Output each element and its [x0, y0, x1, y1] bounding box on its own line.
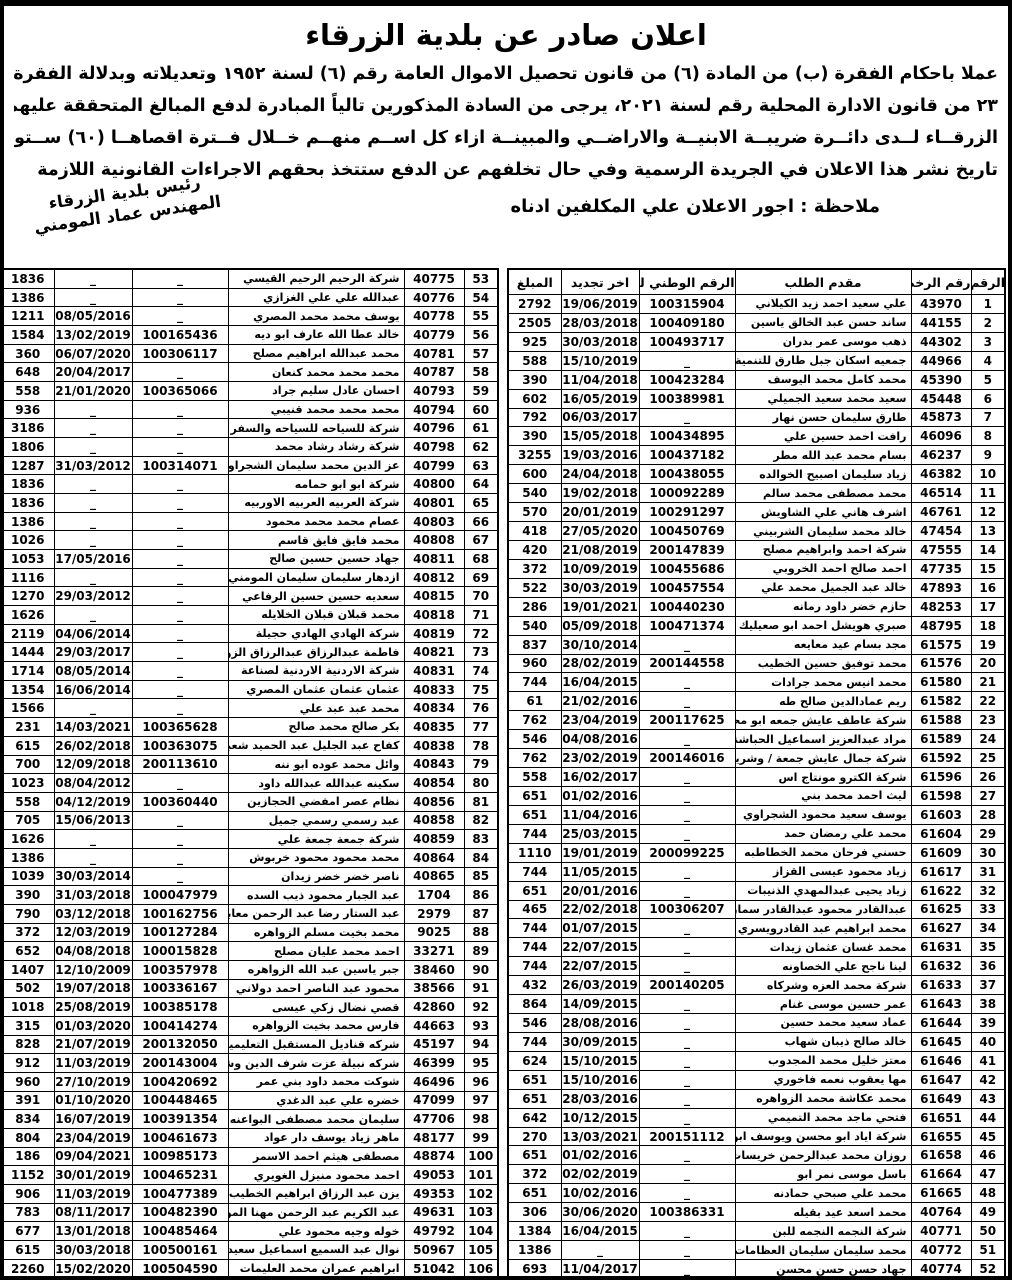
- license-cell: 40812: [404, 568, 464, 587]
- renewal-date-cell: 19/06/2019: [561, 295, 639, 314]
- row-number-cell: 91: [464, 979, 498, 998]
- renewal-date-cell: 20/04/2017: [54, 363, 132, 382]
- applicant-cell: احمد صالح احمد الخروبي: [735, 559, 911, 578]
- license-cell: 38460: [404, 960, 464, 979]
- renewal-date-cell: 20/01/2016: [561, 881, 639, 900]
- table-row: 8340859شركة جمعة جمعة علي__1626: [1, 830, 498, 849]
- amount-cell: 1053: [1, 550, 54, 569]
- license-cell: 40772: [911, 1241, 971, 1260]
- license-cell: 40835: [404, 718, 464, 737]
- renewal-date-cell: 14/09/2015: [561, 995, 639, 1014]
- amount-cell: 432: [508, 976, 561, 995]
- national-id-cell: _: [132, 606, 228, 625]
- renewal-date-cell: 21/02/2016: [561, 692, 639, 711]
- table-row: 7640834محمد عبد عبد علي__1566: [1, 699, 498, 718]
- row-number-cell: 100: [464, 1147, 498, 1166]
- row-number-cell: 40: [971, 1032, 1005, 1051]
- applicant-cell: عبد الجبار محمود ذيب السده: [228, 886, 404, 905]
- license-cell: 46496: [404, 1072, 464, 1091]
- applicant-cell: شركة جمعة جمعة علي: [228, 830, 404, 849]
- row-number-cell: 99: [464, 1128, 498, 1147]
- renewal-date-cell: 27/10/2019: [54, 1072, 132, 1091]
- amount-cell: 602: [508, 389, 561, 408]
- applicant-cell: محمد محمد محمد قنيبي: [228, 400, 404, 419]
- renewal-date-cell: 21/01/2020: [54, 382, 132, 401]
- table-row: 444966جمعيه اسكان جبل طارق للتنمية الاجت…: [508, 351, 1005, 370]
- renewal-date-cell: 08/05/2016: [54, 307, 132, 326]
- applicant-cell: شركة الهادي الهادي حجيلة: [228, 624, 404, 643]
- announcement-page: اعلان صادر عن بلدية الزرقاء عملا باحكام …: [0, 0, 1012, 1280]
- national-id-cell: _: [639, 1089, 735, 1108]
- national-id-cell: 200151112: [639, 1127, 735, 1146]
- amount-cell: 783: [1, 1203, 54, 1222]
- renewal-date-cell: 19/01/2019: [561, 843, 639, 862]
- table-row: 3661632لينا ناجح علي الخصاونه_22/07/2015…: [508, 957, 1005, 976]
- amount-cell: 705: [1, 811, 54, 830]
- renewal-date-cell: 13/03/2021: [561, 1127, 639, 1146]
- license-cell: 61651: [911, 1108, 971, 1127]
- national-id-cell: 100357978: [132, 960, 228, 979]
- amount-cell: 744: [508, 919, 561, 938]
- applicant-cell: محمد محمود محمود خربوش: [228, 848, 404, 867]
- table-row: 8140856نظام عصر امفضي الحجازين1003604400…: [1, 792, 498, 811]
- renewal-date-cell: _: [54, 848, 132, 867]
- applicant-cell: عز الدين محمد سليمان الشجراوى: [228, 456, 404, 475]
- license-cell: 61644: [911, 1014, 971, 1033]
- row-number-cell: 23: [971, 711, 1005, 730]
- renewal-date-cell: 29/03/2017: [54, 643, 132, 662]
- row-number-cell: 41: [971, 1051, 1005, 1070]
- renewal-date-cell: 08/04/2012: [54, 774, 132, 793]
- row-number-cell: 27: [971, 786, 1005, 805]
- license-cell: 40854: [404, 774, 464, 793]
- row-number-cell: 82: [464, 811, 498, 830]
- renewal-date-cell: 05/09/2018: [561, 616, 639, 635]
- renewal-date-cell: _: [54, 438, 132, 457]
- tables-area: الرقم رقم الرخصه مقدم الطلب الرقم الوطني…: [6, 268, 1006, 1274]
- header-row: الرقم رقم الرخصه مقدم الطلب الرقم الوطني…: [508, 269, 1005, 295]
- applicant-cell: محمد غسان عثمان زيدات: [735, 938, 911, 957]
- renewal-date-cell: 30/03/2018: [561, 332, 639, 351]
- row-number-cell: 35: [971, 938, 1005, 957]
- renewal-date-cell: 30/06/2020: [561, 1203, 639, 1222]
- applicant-cell: شركة احمد وابراهيم مصلح: [735, 540, 911, 559]
- applicant-cell: رافت احمد حسين علي: [735, 427, 911, 446]
- renewal-date-cell: 01/07/2015: [561, 919, 639, 938]
- renewal-date-cell: _: [54, 475, 132, 494]
- table-row: 2961604محمد علي رمضان حمد_25/03/2015744: [508, 824, 1005, 843]
- renewal-date-cell: _: [54, 494, 132, 513]
- row-number-cell: 52: [971, 1260, 1005, 1279]
- national-id-cell: _: [132, 531, 228, 550]
- national-id-cell: _: [639, 805, 735, 824]
- row-number-cell: 15: [971, 559, 1005, 578]
- table-row: 5640779خالد عطا الله عارف ابو ديه1001654…: [1, 326, 498, 345]
- amount-cell: 390: [508, 370, 561, 389]
- applicant-cell: محمد مصطفى محمد سالم: [735, 484, 911, 503]
- license-cell: 48795: [911, 616, 971, 635]
- license-cell: 40811: [404, 550, 464, 569]
- row-number-cell: 94: [464, 1035, 498, 1054]
- license-cell: 40774: [911, 1260, 971, 1279]
- license-cell: 2979: [404, 904, 464, 923]
- renewal-date-cell: 10/02/2016: [561, 1184, 639, 1203]
- amount-cell: 906: [1, 1184, 54, 1203]
- national-id-cell: _: [639, 351, 735, 370]
- applicant-cell: خضره علي عبد الدغدي: [228, 1091, 404, 1110]
- applicant-cell: خالد عبد الجميل محمد علي: [735, 578, 911, 597]
- national-id-cell: _: [132, 475, 228, 494]
- amount-cell: 588: [508, 351, 561, 370]
- row-number-cell: 31: [971, 862, 1005, 881]
- national-id-cell: 100306207: [639, 900, 735, 919]
- table-row: 1447555شركة احمد وابراهيم مصلح2001478392…: [508, 540, 1005, 559]
- license-cell: 61646: [911, 1051, 971, 1070]
- table-row: 6840811جهاد حسين حسين صالح_17/05/2016105…: [1, 550, 498, 569]
- renewal-date-cell: _: [54, 512, 132, 531]
- amount-cell: 1386: [508, 1241, 561, 1260]
- license-cell: 61658: [911, 1146, 971, 1165]
- table-row: 5540778يوسف محمد محمد المصري_08/05/20161…: [1, 307, 498, 326]
- renewal-date-cell: 28/03/2018: [561, 313, 639, 332]
- license-cell: 40793: [404, 382, 464, 401]
- national-id-cell: 100363075: [132, 736, 228, 755]
- row-number-cell: 62: [464, 438, 498, 457]
- amount-cell: 1386: [1, 288, 54, 307]
- table-row: 7740835بكر صالح محمد صالح10036562814/03/…: [1, 718, 498, 737]
- amount-cell: 1386: [1, 512, 54, 531]
- amount-cell: 693: [508, 1260, 561, 1279]
- national-id-cell: 100365066: [132, 382, 228, 401]
- amount-cell: 546: [508, 1014, 561, 1033]
- amount-cell: 651: [508, 1184, 561, 1203]
- renewal-date-cell: _: [561, 1241, 639, 1260]
- license-cell: 40771: [911, 1222, 971, 1241]
- row-number-cell: 21: [971, 673, 1005, 692]
- license-cell: 40798: [404, 438, 464, 457]
- table-row: 4161646معتز خليل محمد المجدوب_15/10/2015…: [508, 1051, 1005, 1070]
- national-id-cell: 100092289: [639, 484, 735, 503]
- license-cell: 40775: [404, 269, 464, 288]
- row-number-cell: 10: [971, 465, 1005, 484]
- amount-cell: 372: [508, 559, 561, 578]
- license-cell: 44155: [911, 313, 971, 332]
- applicant-cell: سعديه حسين حسين الرفاعي: [228, 587, 404, 606]
- table-row: 10651042ابراهيم عمران محمد العليمات10050…: [1, 1259, 498, 1279]
- table-row: 5840787محمد محمد محمد كنعان_20/04/201764…: [1, 363, 498, 382]
- national-id-cell: _: [639, 786, 735, 805]
- national-id-cell: _: [639, 824, 735, 843]
- renewal-date-cell: 15/10/2019: [561, 351, 639, 370]
- amount-cell: 1836: [1, 494, 54, 513]
- renewal-date-cell: 25/08/2019: [54, 998, 132, 1017]
- national-id-cell: 100365628: [132, 718, 228, 737]
- national-id-cell: _: [132, 643, 228, 662]
- row-number-cell: 65: [464, 494, 498, 513]
- renewal-date-cell: 13/02/2019: [54, 326, 132, 345]
- national-id-cell: _: [639, 1032, 735, 1051]
- body-line-3: الزرقــاء لــدى دائــرة ضريبــة الابنيــ…: [14, 122, 998, 154]
- row-number-cell: 53: [464, 269, 498, 288]
- applicant-cell: خالد محمد سليمان الشربيني: [735, 522, 911, 541]
- row-number-cell: 49: [971, 1203, 1005, 1222]
- applicant-cell: عبدالله علي علي الغزازي: [228, 288, 404, 307]
- national-id-cell: _: [132, 269, 228, 288]
- row-number-cell: 76: [464, 699, 498, 718]
- national-id-cell: _: [639, 1260, 735, 1279]
- renewal-date-cell: 30/03/2019: [561, 578, 639, 597]
- amount-cell: 652: [1, 942, 54, 961]
- applicant-cell: ماهر زياد يوسف دار عواد: [228, 1128, 404, 1147]
- row-number-cell: 26: [971, 768, 1005, 787]
- row-number-cell: 105: [464, 1240, 498, 1259]
- table-row: 3761633شركة محمد العزه وشركاه20014020526…: [508, 976, 1005, 995]
- amount-cell: 1152: [1, 1166, 54, 1185]
- applicant-cell: محمد كامل محمد اليوسف: [735, 370, 911, 389]
- renewal-date-cell: 15/05/2018: [561, 427, 639, 446]
- renewal-date-cell: 03/12/2018: [54, 904, 132, 923]
- national-id-cell: 100162756: [132, 904, 228, 923]
- amount-cell: 834: [1, 1110, 54, 1129]
- national-id-cell: _: [132, 438, 228, 457]
- amount-cell: 390: [508, 427, 561, 446]
- table-row: 861704عبد الجبار محمود ذيب السده10004797…: [1, 886, 498, 905]
- license-cell: 40779: [404, 326, 464, 345]
- license-cell: 40803: [404, 512, 464, 531]
- col-header-amount: المبلغ: [508, 269, 561, 295]
- national-id-cell: _: [132, 400, 228, 419]
- amount-cell: 1836: [1, 269, 54, 288]
- body-line-2: ٢٣ من قانون الادارة المحلية رقم لسنة ٢٠٢…: [14, 90, 998, 122]
- row-number-cell: 37: [971, 976, 1005, 995]
- national-id-cell: 100420692: [132, 1072, 228, 1091]
- license-cell: 44966: [911, 351, 971, 370]
- amount-cell: 1806: [1, 438, 54, 457]
- table-row: 6440800شركة ابو ابو حمامه__1836: [1, 475, 498, 494]
- table-row: 1647893خالد عبد الجميل محمد علي100457554…: [508, 578, 1005, 597]
- amount-cell: 2792: [508, 295, 561, 314]
- row-number-cell: 102: [464, 1184, 498, 1203]
- amount-cell: 651: [508, 1070, 561, 1089]
- national-id-cell: _: [639, 408, 735, 427]
- applicant-cell: يوسف محمد محمد المصري: [228, 307, 404, 326]
- table-row: 5740781محمد عبدالله ابراهيم مصلح10030611…: [1, 344, 498, 363]
- license-cell: 61580: [911, 673, 971, 692]
- amount-cell: 1566: [1, 699, 54, 718]
- national-id-cell: _: [132, 494, 228, 513]
- table-row: 6140796شركة للسياحه للسياحه والسفر__3186: [1, 419, 498, 438]
- license-cell: 40781: [404, 344, 464, 363]
- table-row: 1547735احمد صالح احمد الخروبي10045568610…: [508, 559, 1005, 578]
- national-id-cell: _: [639, 1014, 735, 1033]
- table-row: 7040815سعديه حسين حسين الرفاعي_29/03/201…: [1, 587, 498, 606]
- applicant-cell: سعيد محمد سعيد الجميلي: [735, 389, 911, 408]
- license-cell: 61633: [911, 976, 971, 995]
- table-row: 9948177ماهر زياد يوسف دار عواد1004616732…: [1, 1128, 498, 1147]
- amount-cell: 651: [508, 1089, 561, 1108]
- renewal-date-cell: 22/02/2018: [561, 900, 639, 919]
- amount-cell: 1116: [1, 568, 54, 587]
- row-number-cell: 71: [464, 606, 498, 625]
- amount-cell: 744: [508, 824, 561, 843]
- row-number-cell: 79: [464, 755, 498, 774]
- table-row: 6340799عز الدين محمد سليمان الشجراوى1003…: [1, 456, 498, 475]
- table-row: 3061609حسني فرحان محمد الخطاطبه200099225…: [508, 843, 1005, 862]
- applicant-cell: ساند حسن عبد الخالق ياسين: [735, 313, 911, 332]
- applicant-cell: ريم عمادالدين صالح طه: [735, 692, 911, 711]
- amount-cell: 372: [1, 923, 54, 942]
- renewal-date-cell: 15/02/2020: [54, 1259, 132, 1279]
- applicant-cell: احمد محمود منيزل الغويري: [228, 1166, 404, 1185]
- row-number-cell: 2: [971, 313, 1005, 332]
- amount-cell: 61: [508, 692, 561, 711]
- renewal-date-cell: 15/10/2016: [561, 1070, 639, 1089]
- renewal-date-cell: 11/04/2018: [561, 370, 639, 389]
- applicant-cell: مصطفى هيثم احمد الاسمر: [228, 1147, 404, 1166]
- row-number-cell: 97: [464, 1091, 498, 1110]
- national-id-cell: _: [639, 862, 735, 881]
- amount-cell: 1018: [1, 998, 54, 1017]
- amount-cell: 558: [1, 792, 54, 811]
- table-row: 7440831شركة الاردنية الاردنية لصناعة_08/…: [1, 662, 498, 681]
- table-row: 4761664باسل موسى نمر ابو_02/02/2019372: [508, 1165, 1005, 1184]
- national-id-cell: 200117625: [639, 711, 735, 730]
- national-id-cell: 100471374: [639, 616, 735, 635]
- table-row: 9445197شركه قناديل المستقبل التعليميه200…: [1, 1035, 498, 1054]
- national-id-cell: 100438055: [639, 465, 735, 484]
- amount-cell: 1110: [508, 843, 561, 862]
- table-row: 545390محمد كامل محمد اليوسف10042328411/0…: [508, 370, 1005, 389]
- license-cell: 46761: [911, 503, 971, 522]
- row-number-cell: 88: [464, 923, 498, 942]
- row-number-cell: 6: [971, 389, 1005, 408]
- license-cell: 61576: [911, 654, 971, 673]
- national-id-cell: _: [132, 848, 228, 867]
- applicant-cell: محمد علي صبحي حمادنه: [735, 1184, 911, 1203]
- renewal-date-cell: 22/07/2015: [561, 957, 639, 976]
- amount-cell: 1287: [1, 456, 54, 475]
- license-cell: 45390: [911, 370, 971, 389]
- amount-cell: 864: [508, 995, 561, 1014]
- license-cell: 61632: [911, 957, 971, 976]
- row-number-cell: 98: [464, 1110, 498, 1129]
- amount-cell: 1584: [1, 326, 54, 345]
- table-row: 4261647مها يعقوب نعمه فاخوري_15/10/20166…: [508, 1070, 1005, 1089]
- row-number-cell: 3: [971, 332, 1005, 351]
- amount-cell: 390: [1, 886, 54, 905]
- license-cell: 61647: [911, 1070, 971, 1089]
- renewal-date-cell: 19/07/2018: [54, 979, 132, 998]
- table-row: 6540801شركة العربيه العربيه الاوربيه__18…: [1, 494, 498, 513]
- amount-cell: 1836: [1, 475, 54, 494]
- row-number-cell: 61: [464, 419, 498, 438]
- renewal-date-cell: 14/03/2021: [54, 718, 132, 737]
- amount-cell: 1039: [1, 867, 54, 886]
- applicant-cell: مجد بسام عيد معايعه: [735, 635, 911, 654]
- license-cell: 47099: [404, 1091, 464, 1110]
- amount-cell: 960: [508, 654, 561, 673]
- renewal-date-cell: 17/05/2016: [54, 550, 132, 569]
- table-row: 6740808محمد فايق فايق قاسم__1026: [1, 531, 498, 550]
- table-row: 2461589مراد عبدالعزيز اسماعيل الحباشنه_0…: [508, 730, 1005, 749]
- license-cell: 40799: [404, 456, 464, 475]
- row-number-cell: 103: [464, 1203, 498, 1222]
- table-row: 9038460جبر ياسين عبد الله الزواهره100357…: [1, 960, 498, 979]
- national-id-cell: 200146016: [639, 749, 735, 768]
- row-number-cell: 9: [971, 446, 1005, 465]
- row-number-cell: 83: [464, 830, 498, 849]
- row-number-cell: 85: [464, 867, 498, 886]
- amount-cell: 546: [508, 730, 561, 749]
- national-id-cell: _: [639, 938, 735, 957]
- license-cell: 61649: [911, 1089, 971, 1108]
- applicant-cell: ازدهار سليمان سليمان المومني: [228, 568, 404, 587]
- applicant-cell: جهاد حسن حسن محسن: [735, 1260, 911, 1279]
- applicant-cell: محمود عبد الناصر احمد دولاني: [228, 979, 404, 998]
- col-header-license-number: رقم الرخصه: [911, 269, 971, 295]
- license-cell: 61598: [911, 786, 971, 805]
- table-row: 344302ذهب موسى عمر بدران10049371730/03/2…: [508, 332, 1005, 351]
- amount-cell: 677: [1, 1222, 54, 1241]
- license-cell: 40776: [404, 288, 464, 307]
- amount-cell: 651: [508, 805, 561, 824]
- applicant-cell: شوكت محمد داود بني عمر: [228, 1072, 404, 1091]
- license-cell: 61592: [911, 749, 971, 768]
- applicant-cell: خالد عطا الله عارف ابو ديه: [228, 326, 404, 345]
- applicant-cell: شركة النجمه النجمه للبن: [735, 1222, 911, 1241]
- renewal-date-cell: 11/04/2016: [561, 805, 639, 824]
- national-id-cell: 100360440: [132, 792, 228, 811]
- applicant-cell: محمد ابراهيم عبد القادرويسري: [735, 919, 911, 938]
- amount-cell: 270: [508, 1127, 561, 1146]
- row-number-cell: 39: [971, 1014, 1005, 1033]
- row-number-cell: 8: [971, 427, 1005, 446]
- license-cell: 40821: [404, 643, 464, 662]
- row-number-cell: 54: [464, 288, 498, 307]
- amount-cell: 651: [508, 786, 561, 805]
- applicant-cell: شركة محمد العزه وشركاه: [735, 976, 911, 995]
- license-cell: 61643: [911, 995, 971, 1014]
- license-cell: 61627: [911, 919, 971, 938]
- applicant-cell: محمد انيس محمد جرادات: [735, 673, 911, 692]
- applicant-cell: شركة جمال عايش جمعة / وشريكة: [735, 749, 911, 768]
- table-row: 5040771شركة النجمه النجمه للبن_16/04/201…: [508, 1222, 1005, 1241]
- license-cell: 48874: [404, 1147, 464, 1166]
- renewal-date-cell: _: [54, 606, 132, 625]
- national-id-cell: _: [132, 307, 228, 326]
- row-number-cell: 60: [464, 400, 498, 419]
- renewal-date-cell: 01/03/2020: [54, 1016, 132, 1035]
- national-id-cell: 100291297: [639, 503, 735, 522]
- right-table: الرقم رقم الرخصه مقدم الطلب الرقم الوطني…: [507, 268, 1006, 1280]
- table-row: 3361625عبدالقادر محمود عبدالقادر سماره10…: [508, 900, 1005, 919]
- renewal-date-cell: 19/03/2016: [561, 446, 639, 465]
- national-id-cell: _: [639, 1070, 735, 1089]
- table-row: 8540865ناصر خضر خضر زيدان_30/03/20141039: [1, 867, 498, 886]
- table-row: 2261582ريم عمادالدين صالح طه_21/02/20166…: [508, 692, 1005, 711]
- national-id-cell: _: [132, 568, 228, 587]
- amount-cell: 790: [1, 904, 54, 923]
- national-id-cell: _: [132, 867, 228, 886]
- applicant-cell: سكينه عبدالله عبدالله داود: [228, 774, 404, 793]
- row-number-cell: 57: [464, 344, 498, 363]
- license-cell: 49631: [404, 1203, 464, 1222]
- national-id-cell: 100389981: [639, 389, 735, 408]
- table-row: 1246761اشرف هاني علي الشاويش10029129720/…: [508, 503, 1005, 522]
- table-row: 8933271احمد محمد عليان مصلح10001582804/0…: [1, 942, 498, 961]
- applicant-cell: يوسف سعيد محمود الشجراوي: [735, 805, 911, 824]
- row-number-cell: 90: [464, 960, 498, 979]
